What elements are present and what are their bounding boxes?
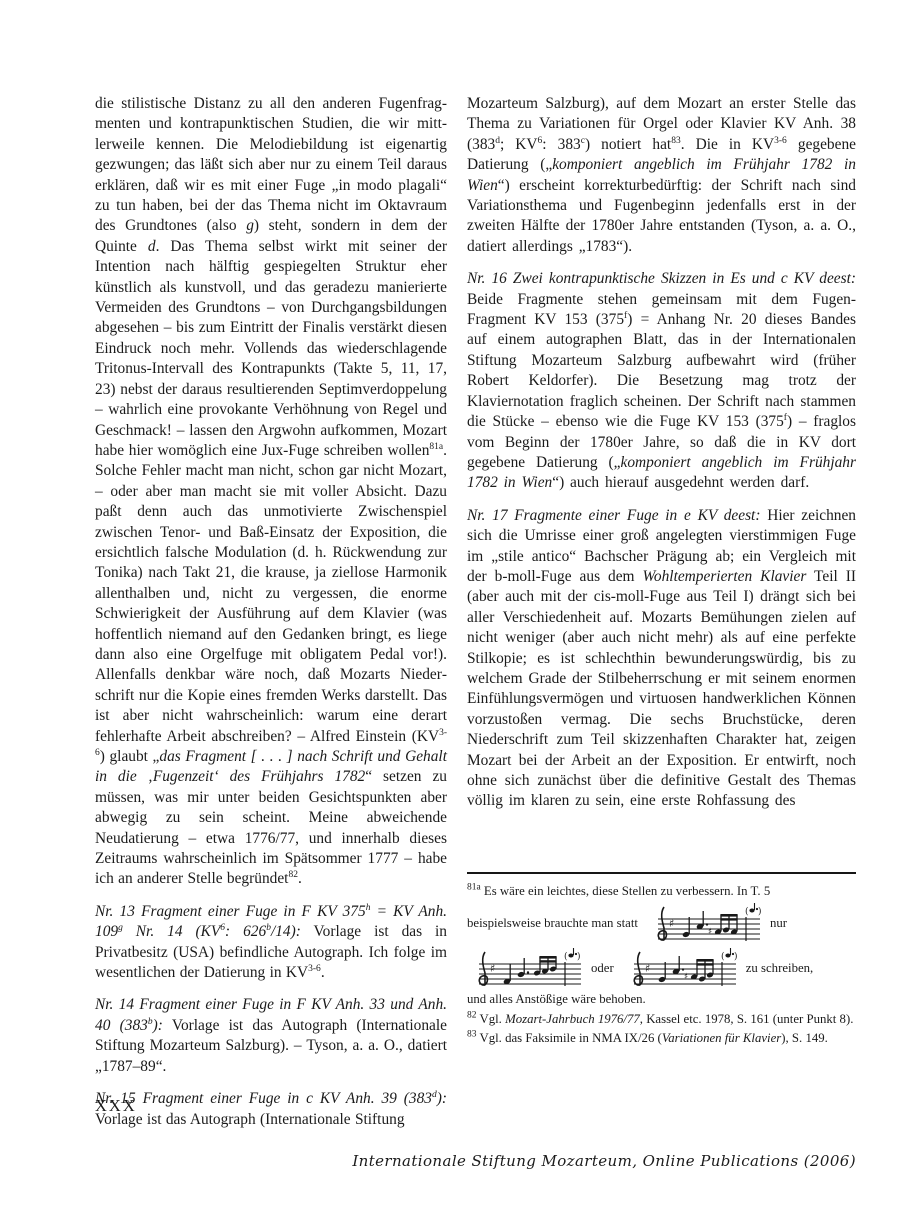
svg-text:(: ( [564, 951, 568, 962]
footnote-81a-line4: und alles Anstößige wäre behoben. [467, 991, 856, 1008]
music-notation-example-3-icon: ♯ ♯ ( [622, 946, 738, 990]
svg-text:♯: ♯ [708, 927, 712, 937]
svg-text:(: ( [745, 906, 749, 917]
footnote-block: 81a Es wäre ein leichtes, diese Stellen … [467, 872, 856, 1048]
footnote-82-marker: 82 [467, 1011, 477, 1021]
left-column: die stilistische Distanz zu all den ande… [95, 94, 447, 1130]
svg-text:♯: ♯ [684, 972, 688, 982]
svg-text:): ) [758, 906, 762, 917]
music-notation-example-1-icon: ♯ ♯ ( [646, 901, 762, 945]
footnote-81a-line1: 81a Es wäre ein leichtes, diese Stellen … [467, 883, 856, 900]
svg-text:): ) [734, 951, 738, 962]
entry-nr-15: Nr. 15 Fragment einer Fuge in c KV Anh. … [95, 1089, 447, 1130]
document-page: die stilistische Distanz zu all den ande… [0, 0, 900, 1220]
entry-nr-14: Nr. 14 Fragment einer Fuge in F KV Anh. … [95, 995, 447, 1077]
left-paragraph-continuation: die stilistische Distanz zu all den ande… [95, 94, 447, 890]
svg-text:♯: ♯ [645, 962, 650, 975]
footnote-81a-marker: 81a [467, 883, 481, 893]
svg-text:♯: ♯ [669, 917, 674, 930]
entry-nr-17: Nr. 17 Fragmente einer Fuge in e KV dees… [467, 506, 856, 812]
footnote-separator-rule [467, 872, 856, 874]
entry-nr-16: Nr. 16 Zwei kontrapunktische Skizzen in … [467, 269, 856, 493]
right-column: Mozarteum Salzburg), auf dem Mozart an e… [467, 94, 856, 812]
entry-nr-13: Nr. 13 Fragment einer Fuge in F KV 375h … [95, 902, 447, 984]
footnote-83: 83 Vgl. das Faksimile in NMA IX/26 (Vari… [467, 1030, 856, 1047]
music-notation-example-2-icon: ♯ ( ) [467, 946, 583, 990]
footnote-81a-line3: ♯ ( ) [467, 946, 856, 990]
svg-text:♯: ♯ [490, 962, 495, 975]
footnote-81a-line2: beispielsweise brauchte man statt ♯ ♯ [467, 901, 856, 945]
footnote-82: 82 Vgl. Mozart-Jahrbuch 1976/77, Kassel … [467, 1011, 856, 1028]
footnote-81a: 81a Es wäre ein leichtes, diese Stellen … [467, 883, 856, 1009]
credit-line: Internationale Stiftung Mozarteum, Onlin… [352, 1152, 856, 1170]
svg-text:): ) [577, 951, 581, 962]
footnote-83-marker: 83 [467, 1030, 477, 1040]
right-paragraph-continuation: Mozarteum Salzburg), auf dem Mozart an e… [467, 94, 856, 257]
svg-text:(: ( [721, 951, 725, 962]
page-number: XXX [95, 1096, 137, 1116]
